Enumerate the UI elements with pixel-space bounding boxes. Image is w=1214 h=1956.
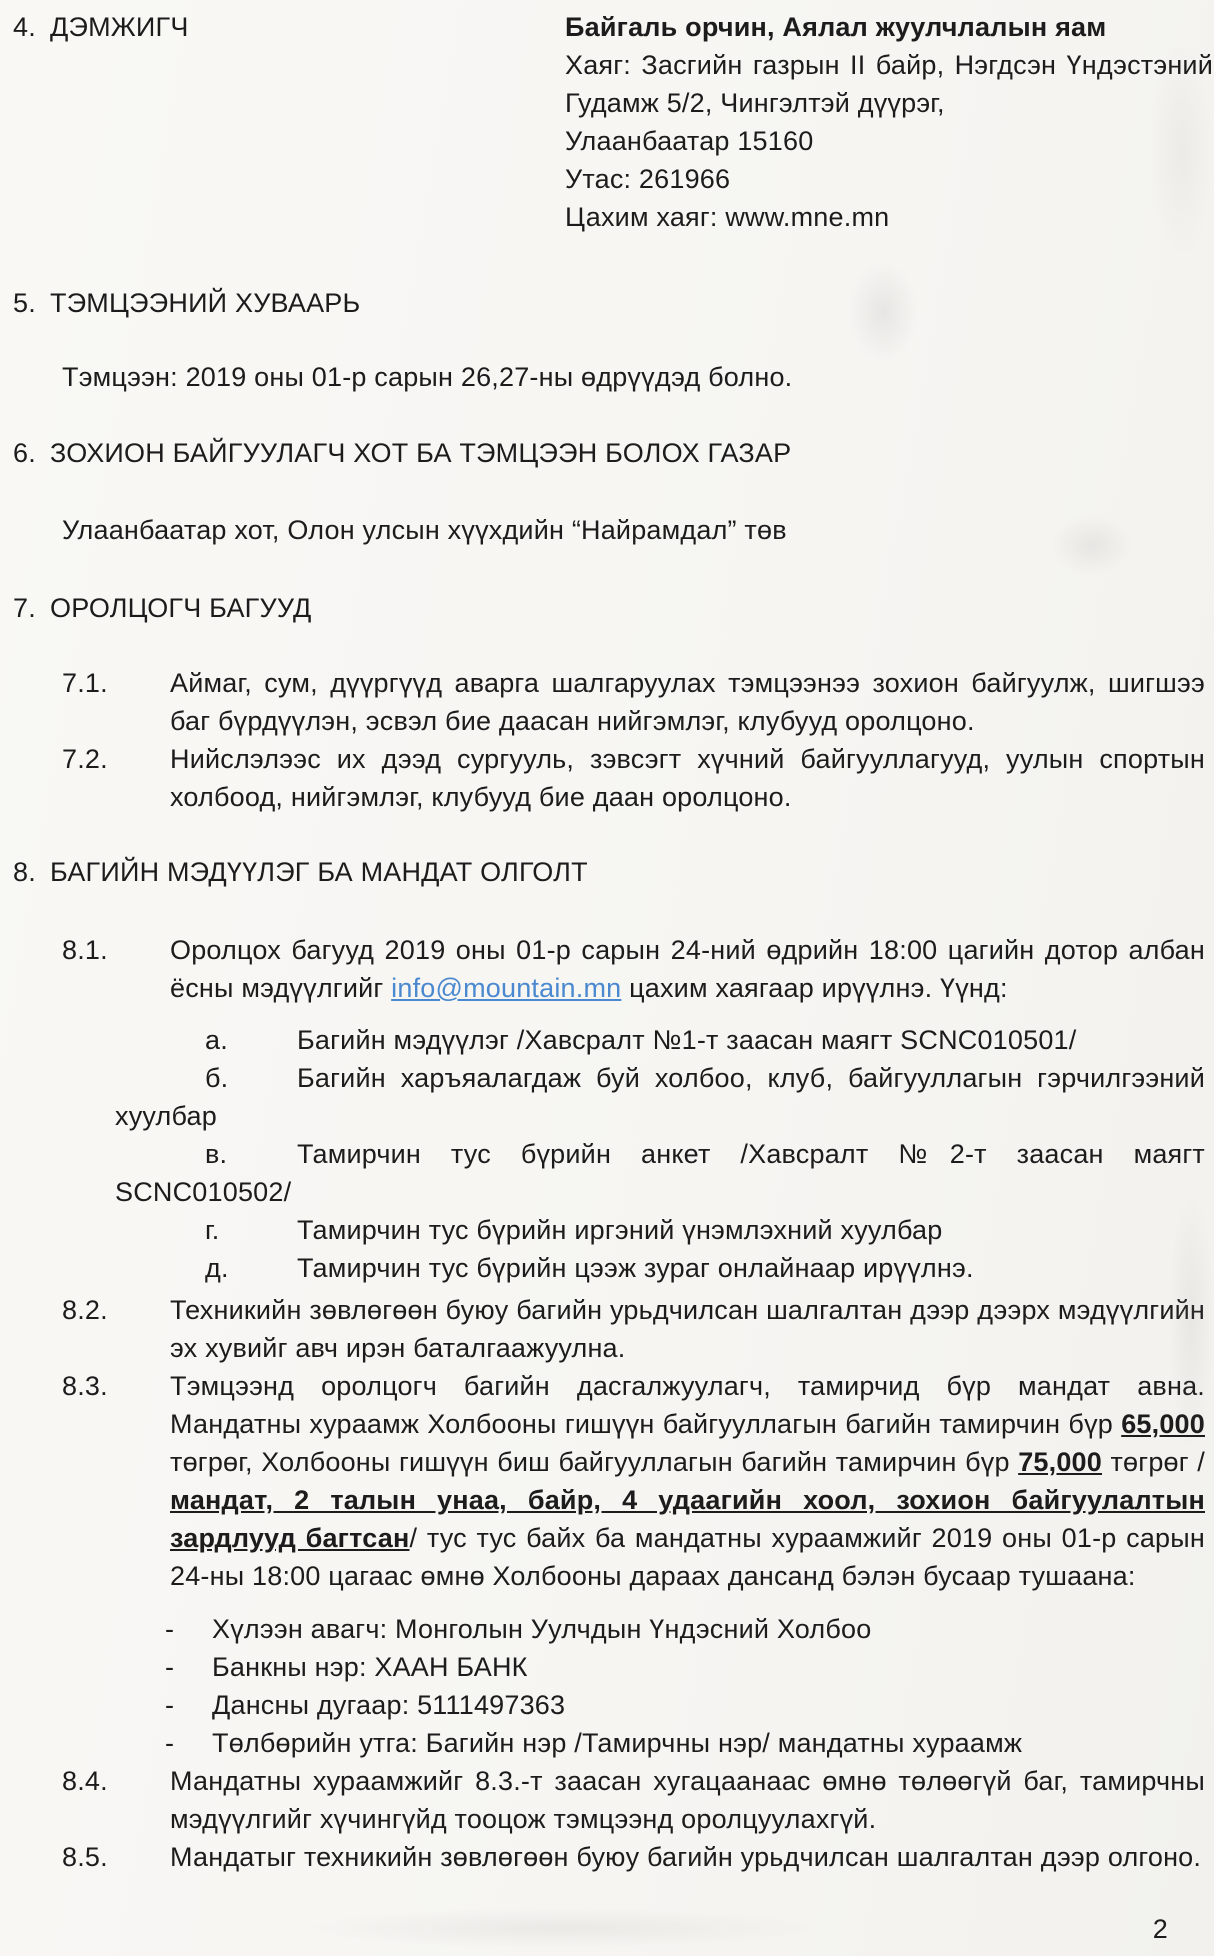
clause-8-1-number: 8.1. xyxy=(62,931,170,1007)
list-item-v-letter: в. xyxy=(205,1135,297,1173)
email-link[interactable]: info@mountain.mn xyxy=(391,973,621,1003)
list-item-b-continuation: хуулбар xyxy=(115,1097,1205,1135)
clause-8-1-text: Оролцох багууд 2019 оны 01-р сарын 24-ни… xyxy=(170,931,1205,1007)
list-item-d-letter: д. xyxy=(205,1249,297,1287)
dash-marker: - xyxy=(165,1648,212,1686)
bank-name: - Банкны нэр: ХААН БАНК xyxy=(165,1648,1205,1686)
list-item-b: б. Багийн харъяалагдаж буй холбоо, клуб,… xyxy=(205,1059,1205,1097)
clause-8-5-number: 8.5. xyxy=(62,1838,170,1876)
document-page: 4. ДЭМЖИГЧ Байгаль орчин, Аялал жуулчлал… xyxy=(0,0,1214,1956)
bank-recipient: - Хүлээн авагч: Монголын Уулчдын Үндэсни… xyxy=(165,1610,1205,1648)
clause-7-1: 7.1. Аймаг, сум, дүүргүүд аварга шалгару… xyxy=(62,664,1205,740)
clause-8-3-text: Тэмцээнд оролцогч багийн дасгалжуулагч, … xyxy=(170,1367,1205,1595)
non-member-fee-amount: 75,000 xyxy=(1018,1447,1102,1477)
bank-name-text: Банкны нэр: ХААН БАНК xyxy=(212,1648,1205,1686)
clause-7-2-text: Нийслэлээс их дээд сургууль, зэвсэгт хүч… xyxy=(170,740,1205,816)
ministry-address: Хаяг: Засгийн газрын II байр, Нэгдсэн Үн… xyxy=(565,46,1213,122)
clause-8-3: 8.3. Тэмцээнд оролцогч багийн дасгалжуул… xyxy=(62,1367,1205,1595)
scan-artifact xyxy=(300,1908,820,1948)
bank-account-number: - Дансны дугаар: 5111497363 xyxy=(165,1686,1205,1724)
clause-8-2-text: Техникийн зөвлөгөөн буюу багийн урьдчилс… xyxy=(170,1291,1205,1367)
ministry-city: Улаанбаатар 15160 xyxy=(565,122,1213,160)
clause-8-5: 8.5. Мандатыг техникийн зөвлөгөөн буюу б… xyxy=(62,1838,1205,1876)
bank-recipient-text: Хүлээн авагч: Монголын Уулчдын Үндэсний … xyxy=(212,1610,1205,1648)
required-documents-list: а. Багийн мэдүүлэг /Хавсралт №1-т заасан… xyxy=(0,1021,1214,1287)
section-6-heading: 6. ЗОХИОН БАЙГУУЛАГЧ ХОТ БА ТЭМЦЭЭН БОЛО… xyxy=(13,434,1214,472)
member-fee-amount: 65,000 xyxy=(1121,1409,1205,1439)
list-item-a-text: Багийн мэдүүлэг /Хавсралт №1-т заасан ма… xyxy=(297,1021,1205,1059)
clause-8-3-number: 8.3. xyxy=(62,1367,170,1595)
section-6-body: Улаанбаатар хот, Олон улсын хүүхдийн “На… xyxy=(62,511,1204,549)
dash-marker: - xyxy=(165,1724,212,1762)
clause-7-1-number: 7.1. xyxy=(62,664,170,740)
list-item-g-letter: г. xyxy=(205,1211,297,1249)
bank-account-number-text: Дансны дугаар: 5111497363 xyxy=(212,1686,1205,1724)
section-5-heading: 5. ТЭМЦЭЭНИЙ ХУВААРЬ xyxy=(13,284,1214,322)
list-item-g-text: Тамирчин тус бүрийн иргэний үнэмлэхний х… xyxy=(297,1211,1205,1249)
section-8-number: 8. xyxy=(13,853,50,891)
clause-8-4: 8.4. Мандатны хураамжийг 8.3.-т заасан х… xyxy=(62,1762,1205,1838)
clause-8-3-part2: төгрөг, Холбооны гишүүн биш байгууллагын… xyxy=(170,1447,1018,1477)
page-number: 2 xyxy=(1153,1910,1168,1948)
section-6-title: ЗОХИОН БАЙГУУЛАГЧ ХОТ БА ТЭМЦЭЭН БОЛОХ Г… xyxy=(50,434,1214,472)
section-5-number: 5. xyxy=(13,284,50,322)
section-7-title: ОРОЛЦОГЧ БАГУУД xyxy=(50,589,1214,627)
section-7-heading: 7. ОРОЛЦОГЧ БАГУУД xyxy=(13,589,1214,627)
clause-8-4-text: Мандатны хураамжийг 8.3.-т заасан хугаца… xyxy=(170,1762,1205,1838)
list-item-a-letter: а. xyxy=(205,1021,297,1059)
list-item-a: а. Багийн мэдүүлэг /Хавсралт №1-т заасан… xyxy=(205,1021,1205,1059)
section-5-body: Тэмцээн: 2019 оны 01-р сарын 26,27-ны өд… xyxy=(62,358,1204,396)
list-item-b-text: Багийн харъяалагдаж буй холбоо, клуб, ба… xyxy=(297,1059,1205,1097)
list-item-g: г. Тамирчин тус бүрийн иргэний үнэмлэхни… xyxy=(205,1211,1205,1249)
clause-8-3-part1: Тэмцээнд оролцогч багийн дасгалжуулагч, … xyxy=(170,1371,1205,1439)
list-item-d: д. Тамирчин тус бүрийн цээж зураг онлайн… xyxy=(205,1249,1205,1287)
ministry-phone: Утас: 261966 xyxy=(565,160,1213,198)
bank-details-list: - Хүлээн авагч: Монголын Уулчдын Үндэсни… xyxy=(0,1610,1214,1762)
section-4-number: 4. xyxy=(13,8,50,46)
clause-8-1-text-after: цахим хаягаар ирүүлнэ. Үүнд: xyxy=(621,973,1007,1003)
list-item-v: в. Тамирчин тус бүрийн анкет /Хавсралт №… xyxy=(205,1135,1205,1173)
clause-8-3-part3: төгрөг / xyxy=(1102,1447,1205,1477)
section-6-number: 6. xyxy=(13,434,50,472)
payment-reference: - Төлбөрийн утга: Багийн нэр /Тамирчны н… xyxy=(165,1724,1205,1762)
section-4: 4. ДЭМЖИГЧ Байгаль орчин, Аялал жуулчлал… xyxy=(0,8,1214,248)
clause-8-4-number: 8.4. xyxy=(62,1762,170,1838)
list-item-v-text: Тамирчин тус бүрийн анкет /Хавсралт №2-т… xyxy=(297,1135,1205,1173)
clause-7-2-number: 7.2. xyxy=(62,740,170,816)
list-item-d-text: Тамирчин тус бүрийн цээж зураг онлайнаар… xyxy=(297,1249,1205,1287)
clause-8-5-text: Мандатыг техникийн зөвлөгөөн буюу багийн… xyxy=(170,1838,1205,1876)
section-7-number: 7. xyxy=(13,589,50,627)
clause-7-1-text: Аймаг, сум, дүүргүүд аварга шалгаруулах … xyxy=(170,664,1205,740)
payment-reference-text: Төлбөрийн утга: Багийн нэр /Тамирчны нэр… xyxy=(212,1724,1205,1762)
section-8-heading: 8. БАГИЙН МЭДҮҮЛЭГ БА МАНДАТ ОЛГОЛТ xyxy=(13,853,1214,891)
clause-8-2: 8.2. Техникийн зөвлөгөөн буюу багийн урь… xyxy=(62,1291,1205,1367)
section-5-title: ТЭМЦЭЭНИЙ ХУВААРЬ xyxy=(50,284,1214,322)
ministry-website: Цахим хаяг: www.mne.mn xyxy=(565,198,1213,236)
clause-7-2: 7.2. Нийслэлээс их дээд сургууль, зэвсэг… xyxy=(62,740,1205,816)
list-item-b-letter: б. xyxy=(205,1059,297,1097)
dash-marker: - xyxy=(165,1686,212,1724)
dash-marker: - xyxy=(165,1610,212,1648)
clause-8-1: 8.1. Оролцох багууд 2019 оны 01-р сарын … xyxy=(62,931,1205,1007)
ministry-info: Байгаль орчин, Аялал жуулчлалын яам Хаяг… xyxy=(565,8,1213,236)
ministry-name: Байгаль орчин, Аялал жуулчлалын яам xyxy=(565,8,1213,46)
section-8-title: БАГИЙН МЭДҮҮЛЭГ БА МАНДАТ ОЛГОЛТ xyxy=(50,853,1214,891)
clause-8-2-number: 8.2. xyxy=(62,1291,170,1367)
list-item-v-continuation: SCNC010502/ xyxy=(115,1173,1205,1211)
